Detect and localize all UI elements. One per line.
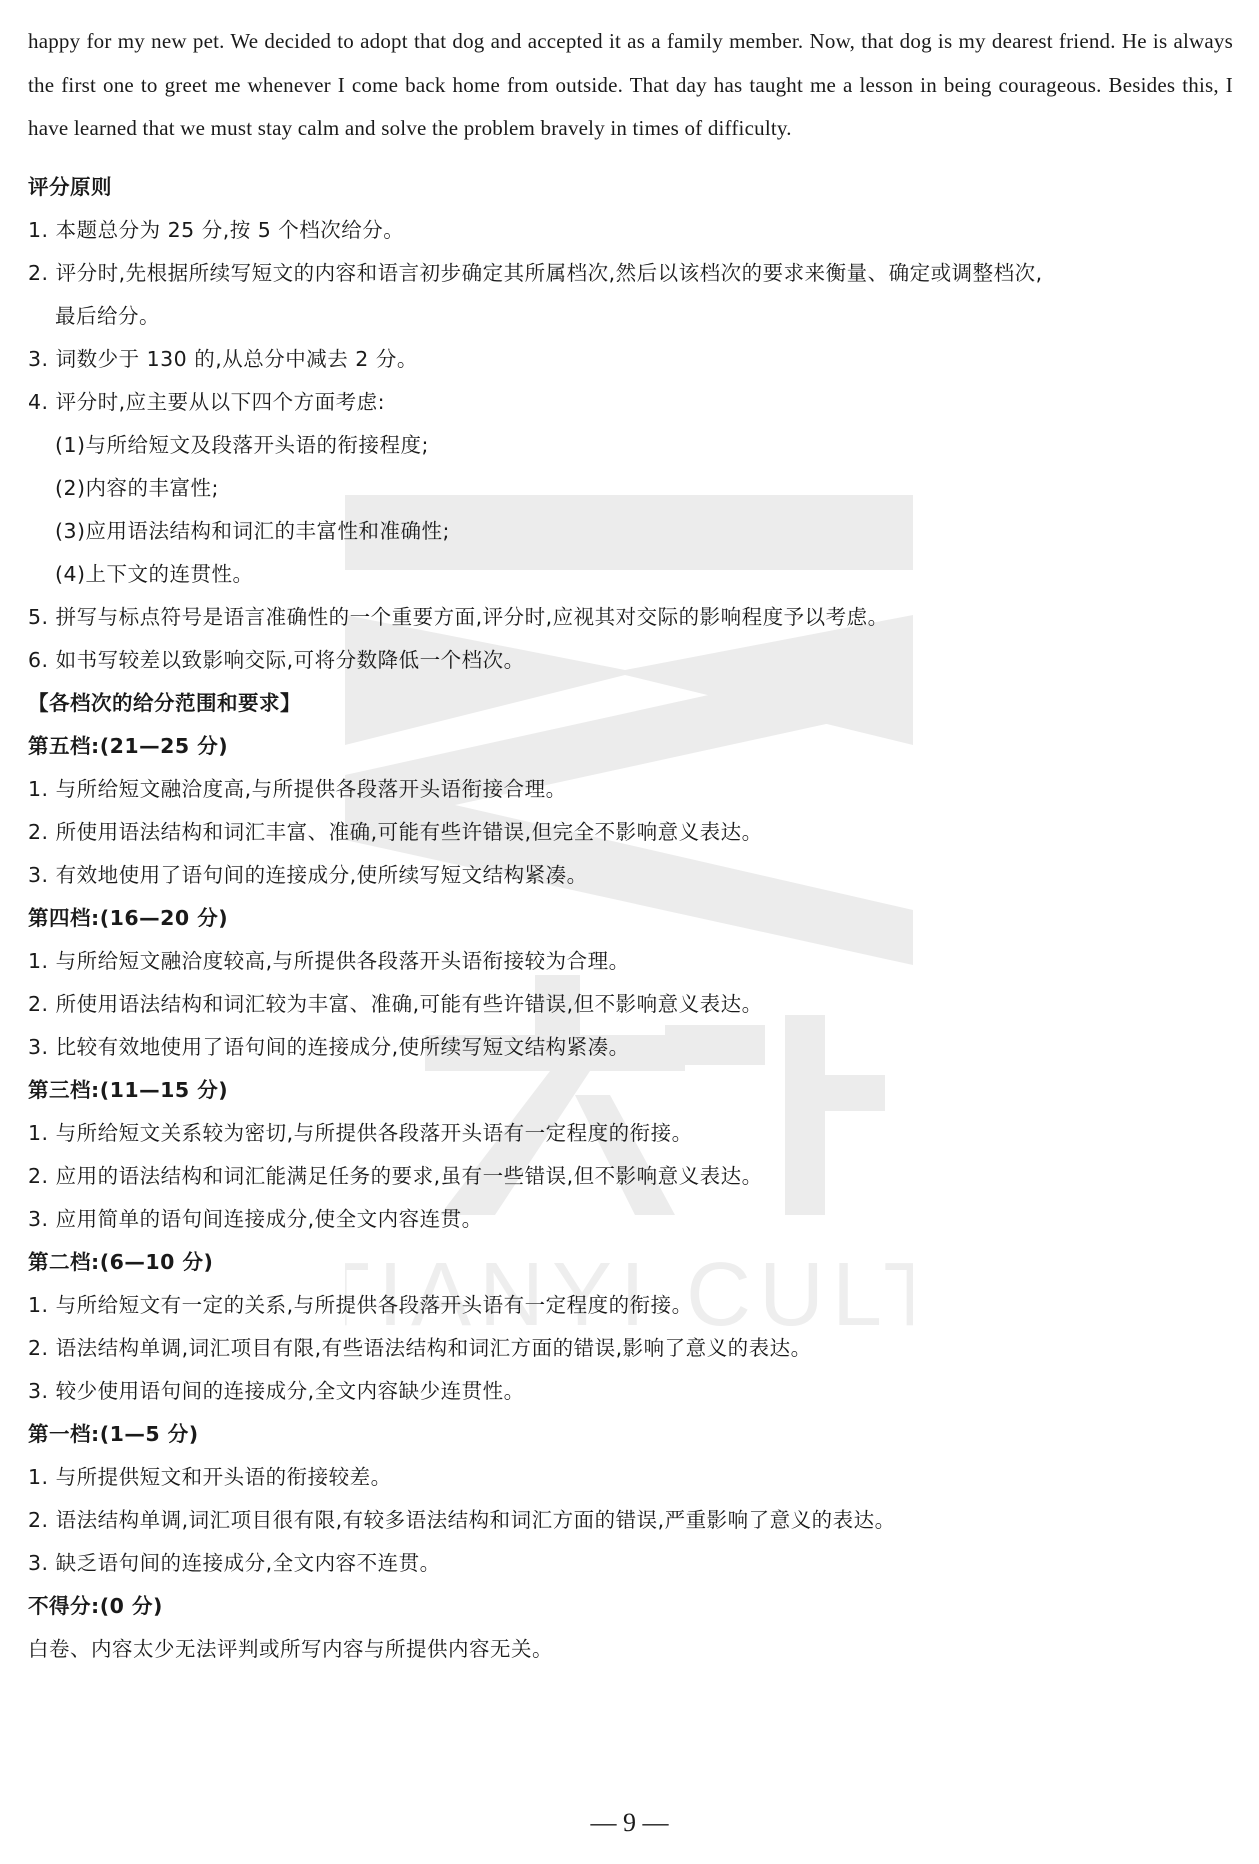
band-3: 第三档:(11—15 分) 1. 与所给短文关系较为密切,与所提供各段落开头语有…	[28, 1069, 1233, 1241]
band-item: 1. 与所给短文融洽度较高,与所提供各段落开头语衔接较为合理。	[28, 940, 1233, 983]
band-item: 3. 缺乏语句间的连接成分,全文内容不连贯。	[28, 1542, 1233, 1585]
principle-item-3: 3. 词数少于 130 的,从总分中减去 2 分。	[28, 338, 1233, 381]
principle-item-2-cont: 最后给分。	[28, 295, 1233, 338]
band-item: 1. 与所给短文融洽度高,与所提供各段落开头语衔接合理。	[28, 768, 1233, 811]
principle-item-6: 6. 如书写较差以致影响交际,可将分数降低一个档次。	[28, 639, 1233, 682]
band-2: 第二档:(6—10 分) 1. 与所给短文有一定的关系,与所提供各段落开头语有一…	[28, 1241, 1233, 1413]
band-1: 第一档:(1—5 分) 1. 与所提供短文和开头语的衔接较差。 2. 语法结构单…	[28, 1413, 1233, 1585]
principle-item-1: 1. 本题总分为 25 分,按 5 个档次给分。	[28, 209, 1233, 252]
band-item: 1. 与所给短文关系较为密切,与所提供各段落开头语有一定程度的衔接。	[28, 1112, 1233, 1155]
band-item: 2. 语法结构单调,词汇项目有限,有些语法结构和词汇方面的错误,影响了意义的表达…	[28, 1327, 1233, 1370]
band-heading: 不得分:(0 分)	[28, 1585, 1233, 1628]
band-item: 1. 与所给短文有一定的关系,与所提供各段落开头语有一定程度的衔接。	[28, 1284, 1233, 1327]
scoring-principles: 评分原则 1. 本题总分为 25 分,按 5 个档次给分。 2. 评分时,先根据…	[28, 166, 1233, 682]
principle-item-5: 5. 拼写与标点符号是语言准确性的一个重要方面,评分时,应视其对交际的影响程度予…	[28, 596, 1233, 639]
band-item: 2. 所使用语法结构和词汇较为丰富、准确,可能有些许错误,但不影响意义表达。	[28, 983, 1233, 1026]
principle-subitem-4: (4)上下文的连贯性。	[28, 553, 1233, 596]
band-heading: 第四档:(16—20 分)	[28, 897, 1233, 940]
band-heading: 第二档:(6—10 分)	[28, 1241, 1233, 1284]
english-essay-ending: happy for my new pet. We decided to adop…	[28, 20, 1233, 151]
section-title-bands: 【各档次的给分范围和要求】	[28, 682, 1233, 725]
band-heading: 第五档:(21—25 分)	[28, 725, 1233, 768]
principle-subitem-2: (2)内容的丰富性;	[28, 467, 1233, 510]
band-item: 3. 有效地使用了语句间的连接成分,使所续写短文结构紧凑。	[28, 854, 1233, 897]
principle-subitem-1: (1)与所给短文及段落开头语的衔接程度;	[28, 424, 1233, 467]
band-4: 第四档:(16—20 分) 1. 与所给短文融洽度较高,与所提供各段落开头语衔接…	[28, 897, 1233, 1069]
score-bands: 【各档次的给分范围和要求】 第五档:(21—25 分) 1. 与所给短文融洽度高…	[28, 682, 1233, 1671]
page-number: — 9 —	[0, 1808, 1259, 1838]
band-item: 3. 比较有效地使用了语句间的连接成分,使所续写短文结构紧凑。	[28, 1026, 1233, 1069]
band-item: 2. 所使用语法结构和词汇丰富、准确,可能有些许错误,但完全不影响意义表达。	[28, 811, 1233, 854]
band-0: 不得分:(0 分) 白卷、内容太少无法评判或所写内容与所提供内容无关。	[28, 1585, 1233, 1671]
principle-item-2: 2. 评分时,先根据所续写短文的内容和语言初步确定其所属档次,然后以该档次的要求…	[28, 252, 1233, 295]
band-item: 2. 语法结构单调,词汇项目很有限,有较多语法结构和词汇方面的错误,严重影响了意…	[28, 1499, 1233, 1542]
band-heading: 第三档:(11—15 分)	[28, 1069, 1233, 1112]
document-page: happy for my new pet. We decided to adop…	[28, 0, 1233, 1671]
band-item: 1. 与所提供短文和开头语的衔接较差。	[28, 1456, 1233, 1499]
band-item: 3. 应用简单的语句间连接成分,使全文内容连贯。	[28, 1198, 1233, 1241]
principle-item-4: 4. 评分时,应主要从以下四个方面考虑:	[28, 381, 1233, 424]
band-5: 第五档:(21—25 分) 1. 与所给短文融洽度高,与所提供各段落开头语衔接合…	[28, 725, 1233, 897]
band-item: 白卷、内容太少无法评判或所写内容与所提供内容无关。	[28, 1628, 1233, 1671]
band-item: 3. 较少使用语句间的连接成分,全文内容缺少连贯性。	[28, 1370, 1233, 1413]
principle-subitem-3: (3)应用语法结构和词汇的丰富性和准确性;	[28, 510, 1233, 553]
band-item: 2. 应用的语法结构和词汇能满足任务的要求,虽有一些错误,但不影响意义表达。	[28, 1155, 1233, 1198]
band-heading: 第一档:(1—5 分)	[28, 1413, 1233, 1456]
section-title-principles: 评分原则	[28, 166, 1233, 209]
